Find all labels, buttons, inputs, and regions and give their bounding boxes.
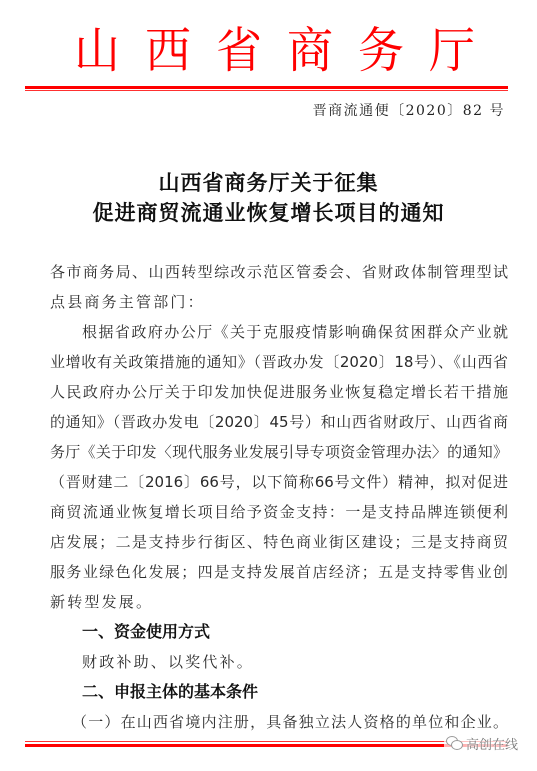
- footer-red-rule-thick: [25, 744, 508, 747]
- eligibility-item-1: （一）在山西省境内注册，具备独立法人资格的单位和企业。: [72, 707, 508, 737]
- paragraph-line: 业增收有关政策措施的通知》（晋政办发〔2020〕18号）、《山西省: [50, 347, 508, 377]
- letterhead-char: 商: [285, 21, 335, 80]
- letterhead-char: 西: [143, 21, 193, 80]
- addressee-line: 各市商务局、山西转型综改示范区管委会、省财政体制管理型试: [50, 257, 508, 287]
- letterhead-char: 山: [72, 21, 122, 80]
- header-red-rule-thick: [25, 86, 508, 89]
- watermark-text: 高创在线: [466, 734, 518, 753]
- document-title-line-2: 促进商贸流通业恢复增长项目的通知: [0, 198, 537, 228]
- paragraph-line: 店发展；二是支持步行街区、特色商业街区建设；三是支持商贸: [50, 527, 508, 557]
- paragraph-line: 新转型发展。: [50, 587, 508, 617]
- section-heading-eligibility: 二、申报主体的基本条件: [82, 677, 258, 707]
- letterhead-title: 山 西 省 商 务 厅: [72, 22, 477, 78]
- paragraph-line: 服务业绿色化发展；四是支持发展首店经济；五是支持零售业创: [50, 557, 508, 587]
- addressee-line: 点县商务主管部门：: [50, 287, 508, 317]
- document-number: 晋商流通便〔2020〕82 号: [313, 101, 505, 121]
- paragraph-line: （晋财建二〔2016〕66号，以下简称66号文件）精神，拟对促进: [50, 467, 508, 497]
- paragraph-line: 的通知》（晋政办发电〔2020〕45号）和山西省财政厅、山西省商: [50, 407, 508, 437]
- paragraph-line: 商贸流通业恢复增长项目给予资金支持：一是支持品牌连锁便利: [50, 497, 508, 527]
- section-text-funding-method: 财政补助、以奖代补。: [82, 647, 508, 677]
- wechat-icon: [446, 736, 462, 750]
- header-red-rule-thin: [25, 90, 508, 91]
- letterhead-char: 省: [214, 21, 264, 80]
- letterhead-char: 务: [356, 21, 406, 80]
- paragraph-line: 务厅《关于印发〈现代服务业发展引导专项资金管理办法〉的通知》: [50, 437, 508, 467]
- letterhead-char: 厅: [427, 21, 477, 80]
- paragraph-line: 根据省政府办公厅《关于克服疫情影响确保贫困群众产业就: [82, 317, 508, 347]
- footer-red-rule-thin: [25, 741, 508, 742]
- section-heading-funding-method: 一、资金使用方式: [82, 617, 210, 647]
- document-title-line-1: 山西省商务厅关于征集: [0, 168, 537, 198]
- paragraph-line: 人民政府办公厅关于印发加快促进服务业恢复稳定增长若干措施: [50, 377, 508, 407]
- source-watermark: 高创在线: [444, 733, 520, 753]
